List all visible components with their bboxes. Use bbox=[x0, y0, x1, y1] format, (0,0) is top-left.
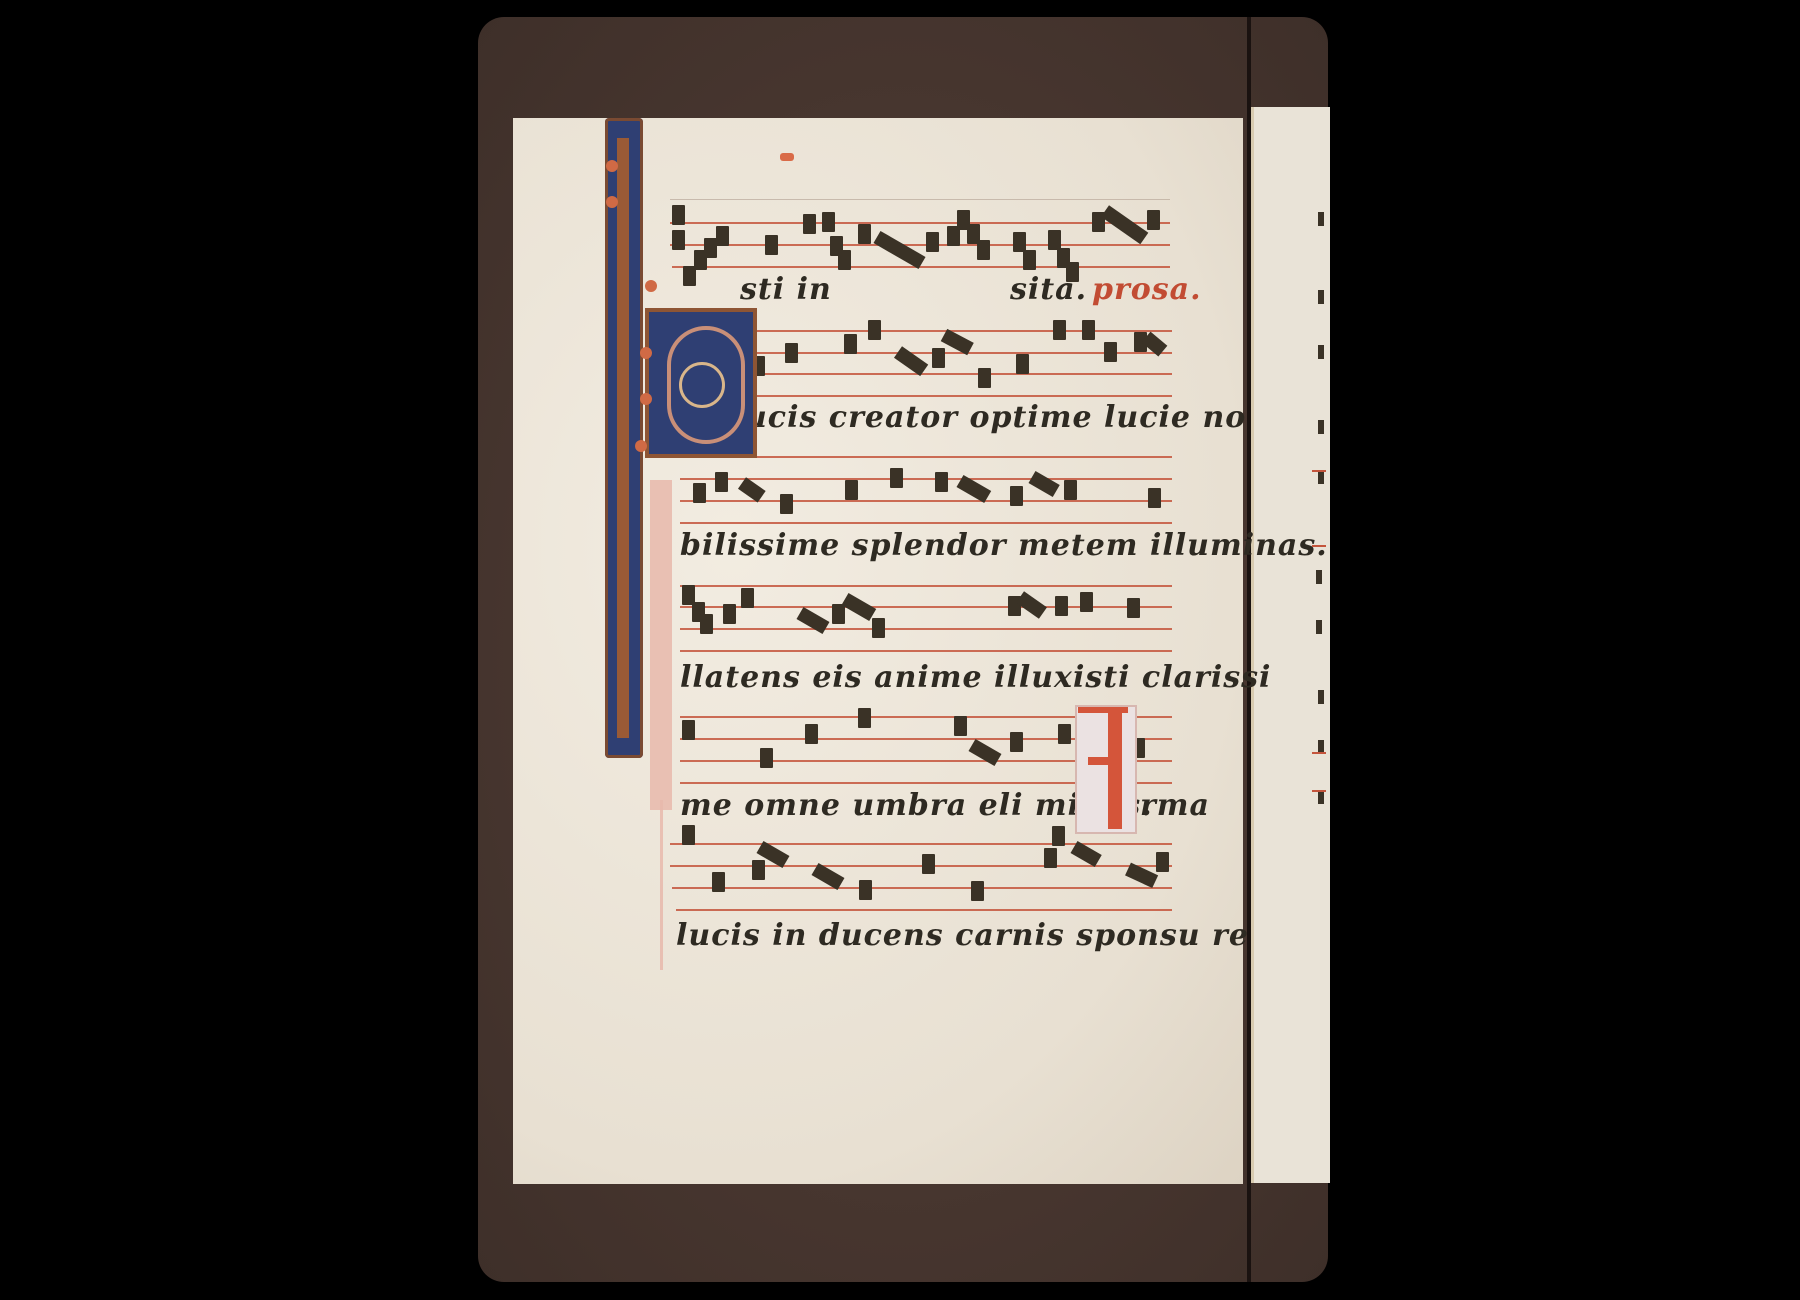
lyric-line-1b: sita. bbox=[1010, 272, 1087, 307]
gold-dot bbox=[606, 196, 618, 208]
illuminated-initial-knotwork bbox=[645, 308, 757, 458]
adjacent-leaf-strip bbox=[1251, 107, 1330, 1183]
gold-dot bbox=[635, 440, 647, 452]
lyric-line-6: lucis in ducens carnis sponsu re bbox=[676, 918, 1249, 953]
lyric-line-1a: sti in bbox=[740, 272, 832, 307]
lyric-line-5b: rma bbox=[1140, 788, 1210, 823]
red-mark bbox=[780, 153, 794, 161]
gold-dot bbox=[645, 280, 657, 292]
gold-dot bbox=[640, 347, 652, 359]
lyric-line-4: llatens eis anime illuxisti clarissi bbox=[680, 660, 1271, 695]
rubric-prosa: prosa. bbox=[1092, 272, 1202, 307]
pink-pen-flourish bbox=[650, 480, 672, 810]
lyric-line-2: ucis creator optime lucie no bbox=[745, 400, 1246, 435]
gold-dot bbox=[606, 160, 618, 172]
pink-pen-tail bbox=[660, 800, 663, 970]
lyric-line-3: bilissime splendor metem illuminas. bbox=[680, 528, 1328, 563]
red-initial-A bbox=[1070, 695, 1140, 835]
gold-dot bbox=[640, 393, 652, 405]
